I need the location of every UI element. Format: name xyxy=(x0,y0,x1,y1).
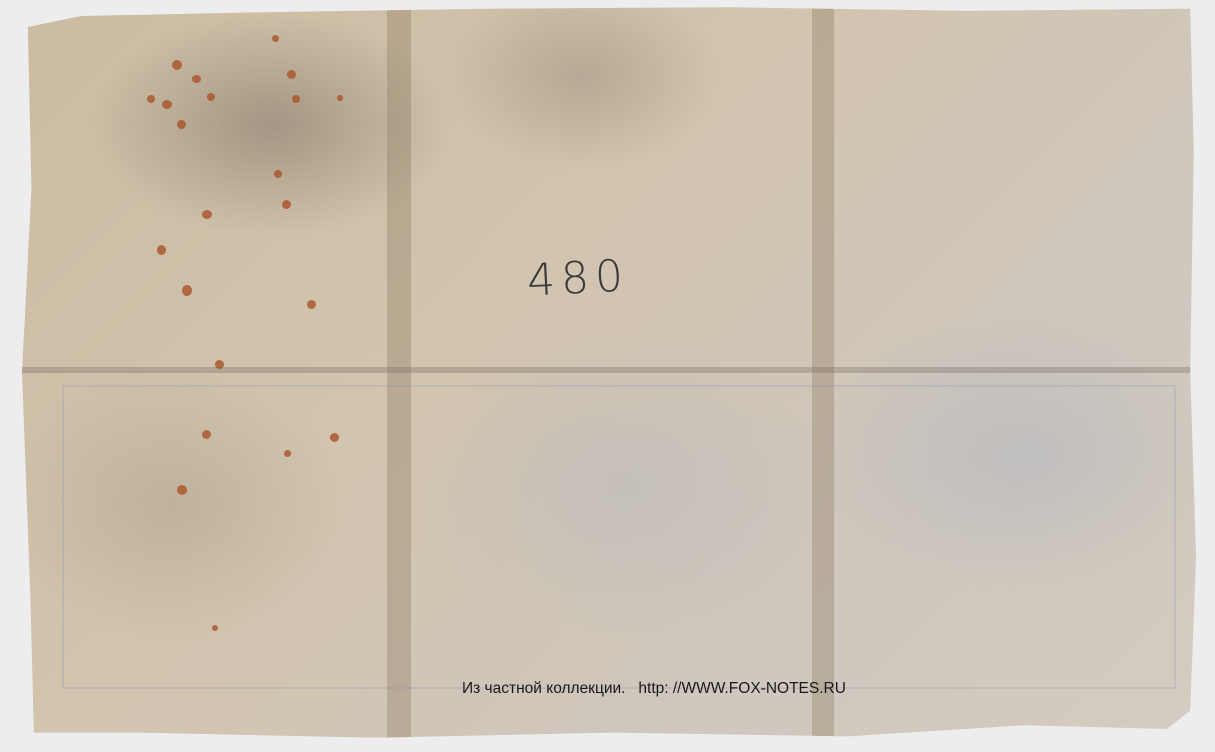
horizontal-fold xyxy=(22,367,1202,373)
collection-watermark: Из частной коллекции. http: //WWW.FOX-NO… xyxy=(462,680,846,698)
banknote-reverse: 480 xyxy=(22,5,1202,740)
handwritten-number: 480 xyxy=(526,250,631,306)
faded-print-frame xyxy=(62,385,1176,689)
